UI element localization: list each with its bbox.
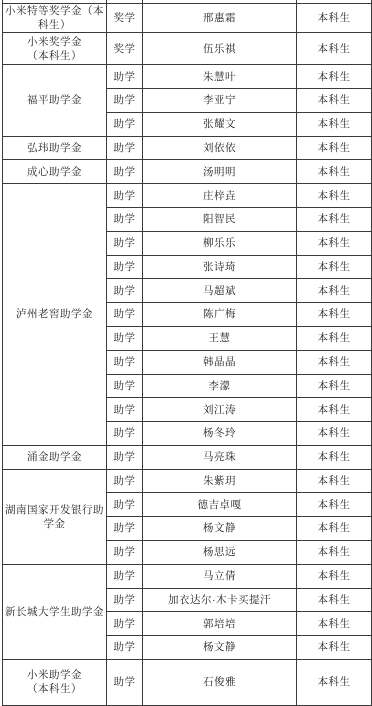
award-type-cell: 助学 — [107, 422, 143, 446]
student-name-cell: 杨思远 — [143, 540, 297, 564]
student-name-cell: 张耀文 — [143, 112, 297, 136]
student-name-cell: 刘依依 — [143, 136, 297, 160]
student-name-cell: 杨文静 — [143, 517, 297, 541]
student-type-cell: 本科生 — [297, 517, 372, 541]
award-type-cell: 助学 — [107, 493, 143, 517]
scholarship-table-page: 小米特等奖学金（本科生） 奖学 邢惠霜 本科生 小米奖学金 （本科生） 奖学 伍… — [0, 0, 372, 706]
award-type-cell: 助学 — [107, 89, 143, 113]
student-name-cell: 庄梓垚 — [143, 184, 297, 208]
award-type-cell: 助学 — [107, 136, 143, 160]
student-type-cell: 本科生 — [297, 184, 372, 208]
table-row: 小米奖学金 （本科生） 奖学 伍乐祺 本科生 — [3, 33, 372, 65]
student-type-cell: 本科生 — [297, 564, 372, 588]
award-type-cell: 助学 — [107, 517, 143, 541]
student-type-cell: 本科生 — [297, 65, 372, 89]
scholarship-name-cell: 小米奖学金 （本科生） — [3, 33, 107, 65]
award-type-cell: 助学 — [107, 636, 143, 660]
student-name-cell: 邢惠霜 — [143, 4, 297, 33]
scholarship-name-cell: 成心助学金 — [3, 160, 107, 184]
table-row: 弘玮助学金 助学 刘依依 本科生 — [3, 136, 372, 160]
student-name-cell: 郭培培 — [143, 612, 297, 636]
student-type-cell: 本科生 — [297, 350, 372, 374]
student-name-cell: 德吉卓嘎 — [143, 493, 297, 517]
student-name-cell: 柳乐乐 — [143, 231, 297, 255]
student-type-cell: 本科生 — [297, 374, 372, 398]
student-type-cell: 本科生 — [297, 469, 372, 493]
student-type-cell: 本科生 — [297, 588, 372, 612]
award-type-cell: 奖学 — [107, 33, 143, 65]
student-type-cell: 本科生 — [297, 303, 372, 327]
student-name-cell: 朱紫玥 — [143, 469, 297, 493]
award-type-cell: 助学 — [107, 208, 143, 232]
student-name-cell: 陈广梅 — [143, 303, 297, 327]
award-type-cell: 助学 — [107, 374, 143, 398]
award-type-cell: 助学 — [107, 445, 143, 469]
student-type-cell: 本科生 — [297, 136, 372, 160]
scholarship-name-cell: 弘玮助学金 — [3, 136, 107, 160]
student-type-cell: 本科生 — [297, 279, 372, 303]
table-row: 新长城大学生助学金 助学 马立倩 本科生 — [3, 564, 372, 588]
student-type-cell: 本科生 — [297, 540, 372, 564]
student-name-cell: 韩晶晶 — [143, 350, 297, 374]
scholarship-name-cell: 新长城大学生助学金 — [3, 564, 107, 659]
award-type-cell: 助学 — [107, 612, 143, 636]
award-type-cell: 助学 — [107, 350, 143, 374]
scholarship-name-cell: 泸州老窖助学金 — [3, 184, 107, 446]
student-name-cell: 张诗琦 — [143, 255, 297, 279]
student-name-cell: 石俊雅 — [143, 659, 297, 705]
student-name-cell: 阳智民 — [143, 208, 297, 232]
award-type-cell: 助学 — [107, 564, 143, 588]
student-type-cell: 本科生 — [297, 636, 372, 660]
student-name-cell: 马亮珠 — [143, 445, 297, 469]
student-type-cell: 本科生 — [297, 33, 372, 65]
table-row: 成心助学金 助学 汤明明 本科生 — [3, 160, 372, 184]
award-type-cell: 助学 — [107, 112, 143, 136]
student-type-cell: 本科生 — [297, 326, 372, 350]
student-name-cell: 马立倩 — [143, 564, 297, 588]
student-type-cell: 本科生 — [297, 89, 372, 113]
student-type-cell: 本科生 — [297, 398, 372, 422]
table-row: 福平助学金 助学 朱慧叶 本科生 — [3, 65, 372, 89]
student-name-cell: 李濛 — [143, 374, 297, 398]
student-name-cell: 刘江涛 — [143, 398, 297, 422]
student-type-cell: 本科生 — [297, 659, 372, 705]
student-name-cell: 朱慧叶 — [143, 65, 297, 89]
table-row: 湖南国家开发银行助学金 助学 朱紫玥 本科生 — [3, 469, 372, 493]
student-type-cell: 本科生 — [297, 255, 372, 279]
student-type-cell: 本科生 — [297, 422, 372, 446]
student-name-cell: 汤明明 — [143, 160, 297, 184]
award-type-cell: 助学 — [107, 255, 143, 279]
award-type-cell: 助学 — [107, 279, 143, 303]
student-type-cell: 本科生 — [297, 112, 372, 136]
student-name-cell: 加衣达尔·木卡买提汗 — [143, 588, 297, 612]
student-type-cell: 本科生 — [297, 493, 372, 517]
award-type-cell: 助学 — [107, 469, 143, 493]
student-name-cell: 李亚宁 — [143, 89, 297, 113]
student-type-cell: 本科生 — [297, 231, 372, 255]
scholarship-name-cell: 福平助学金 — [3, 65, 107, 136]
table-row: 小米特等奖学金（本科生） 奖学 邢惠霜 本科生 — [3, 4, 372, 33]
award-type-cell: 助学 — [107, 326, 143, 350]
scholarship-table: 小米特等奖学金（本科生） 奖学 邢惠霜 本科生 小米奖学金 （本科生） 奖学 伍… — [2, 0, 372, 706]
award-type-cell: 助学 — [107, 231, 143, 255]
award-type-cell: 助学 — [107, 65, 143, 89]
student-type-cell: 本科生 — [297, 445, 372, 469]
scholarship-name-cell: 湖南国家开发银行助学金 — [3, 469, 107, 564]
scholarship-name-cell: 小米特等奖学金（本科生） — [3, 4, 107, 33]
student-type-cell: 本科生 — [297, 160, 372, 184]
award-type-cell: 助学 — [107, 540, 143, 564]
scholarship-name-cell: 涌金助学金 — [3, 445, 107, 469]
student-name-cell: 王慧 — [143, 326, 297, 350]
student-name-cell: 马超斌 — [143, 279, 297, 303]
table-row: 泸州老窖助学金 助学 庄梓垚 本科生 — [3, 184, 372, 208]
award-type-cell: 助学 — [107, 184, 143, 208]
table-row: 小米助学金 （本科生） 助学 石俊雅 本科生 — [3, 659, 372, 705]
student-name-cell: 杨冬玲 — [143, 422, 297, 446]
award-type-cell: 奖学 — [107, 4, 143, 33]
award-type-cell: 助学 — [107, 160, 143, 184]
award-type-cell: 助学 — [107, 588, 143, 612]
award-type-cell: 助学 — [107, 398, 143, 422]
student-type-cell: 本科生 — [297, 208, 372, 232]
table-row: 涌金助学金 助学 马亮珠 本科生 — [3, 445, 372, 469]
student-name-cell: 杨文静 — [143, 636, 297, 660]
award-type-cell: 助学 — [107, 659, 143, 705]
award-type-cell: 助学 — [107, 303, 143, 327]
scholarship-name-cell: 小米助学金 （本科生） — [3, 659, 107, 705]
student-type-cell: 本科生 — [297, 4, 372, 33]
student-type-cell: 本科生 — [297, 612, 372, 636]
student-name-cell: 伍乐祺 — [143, 33, 297, 65]
